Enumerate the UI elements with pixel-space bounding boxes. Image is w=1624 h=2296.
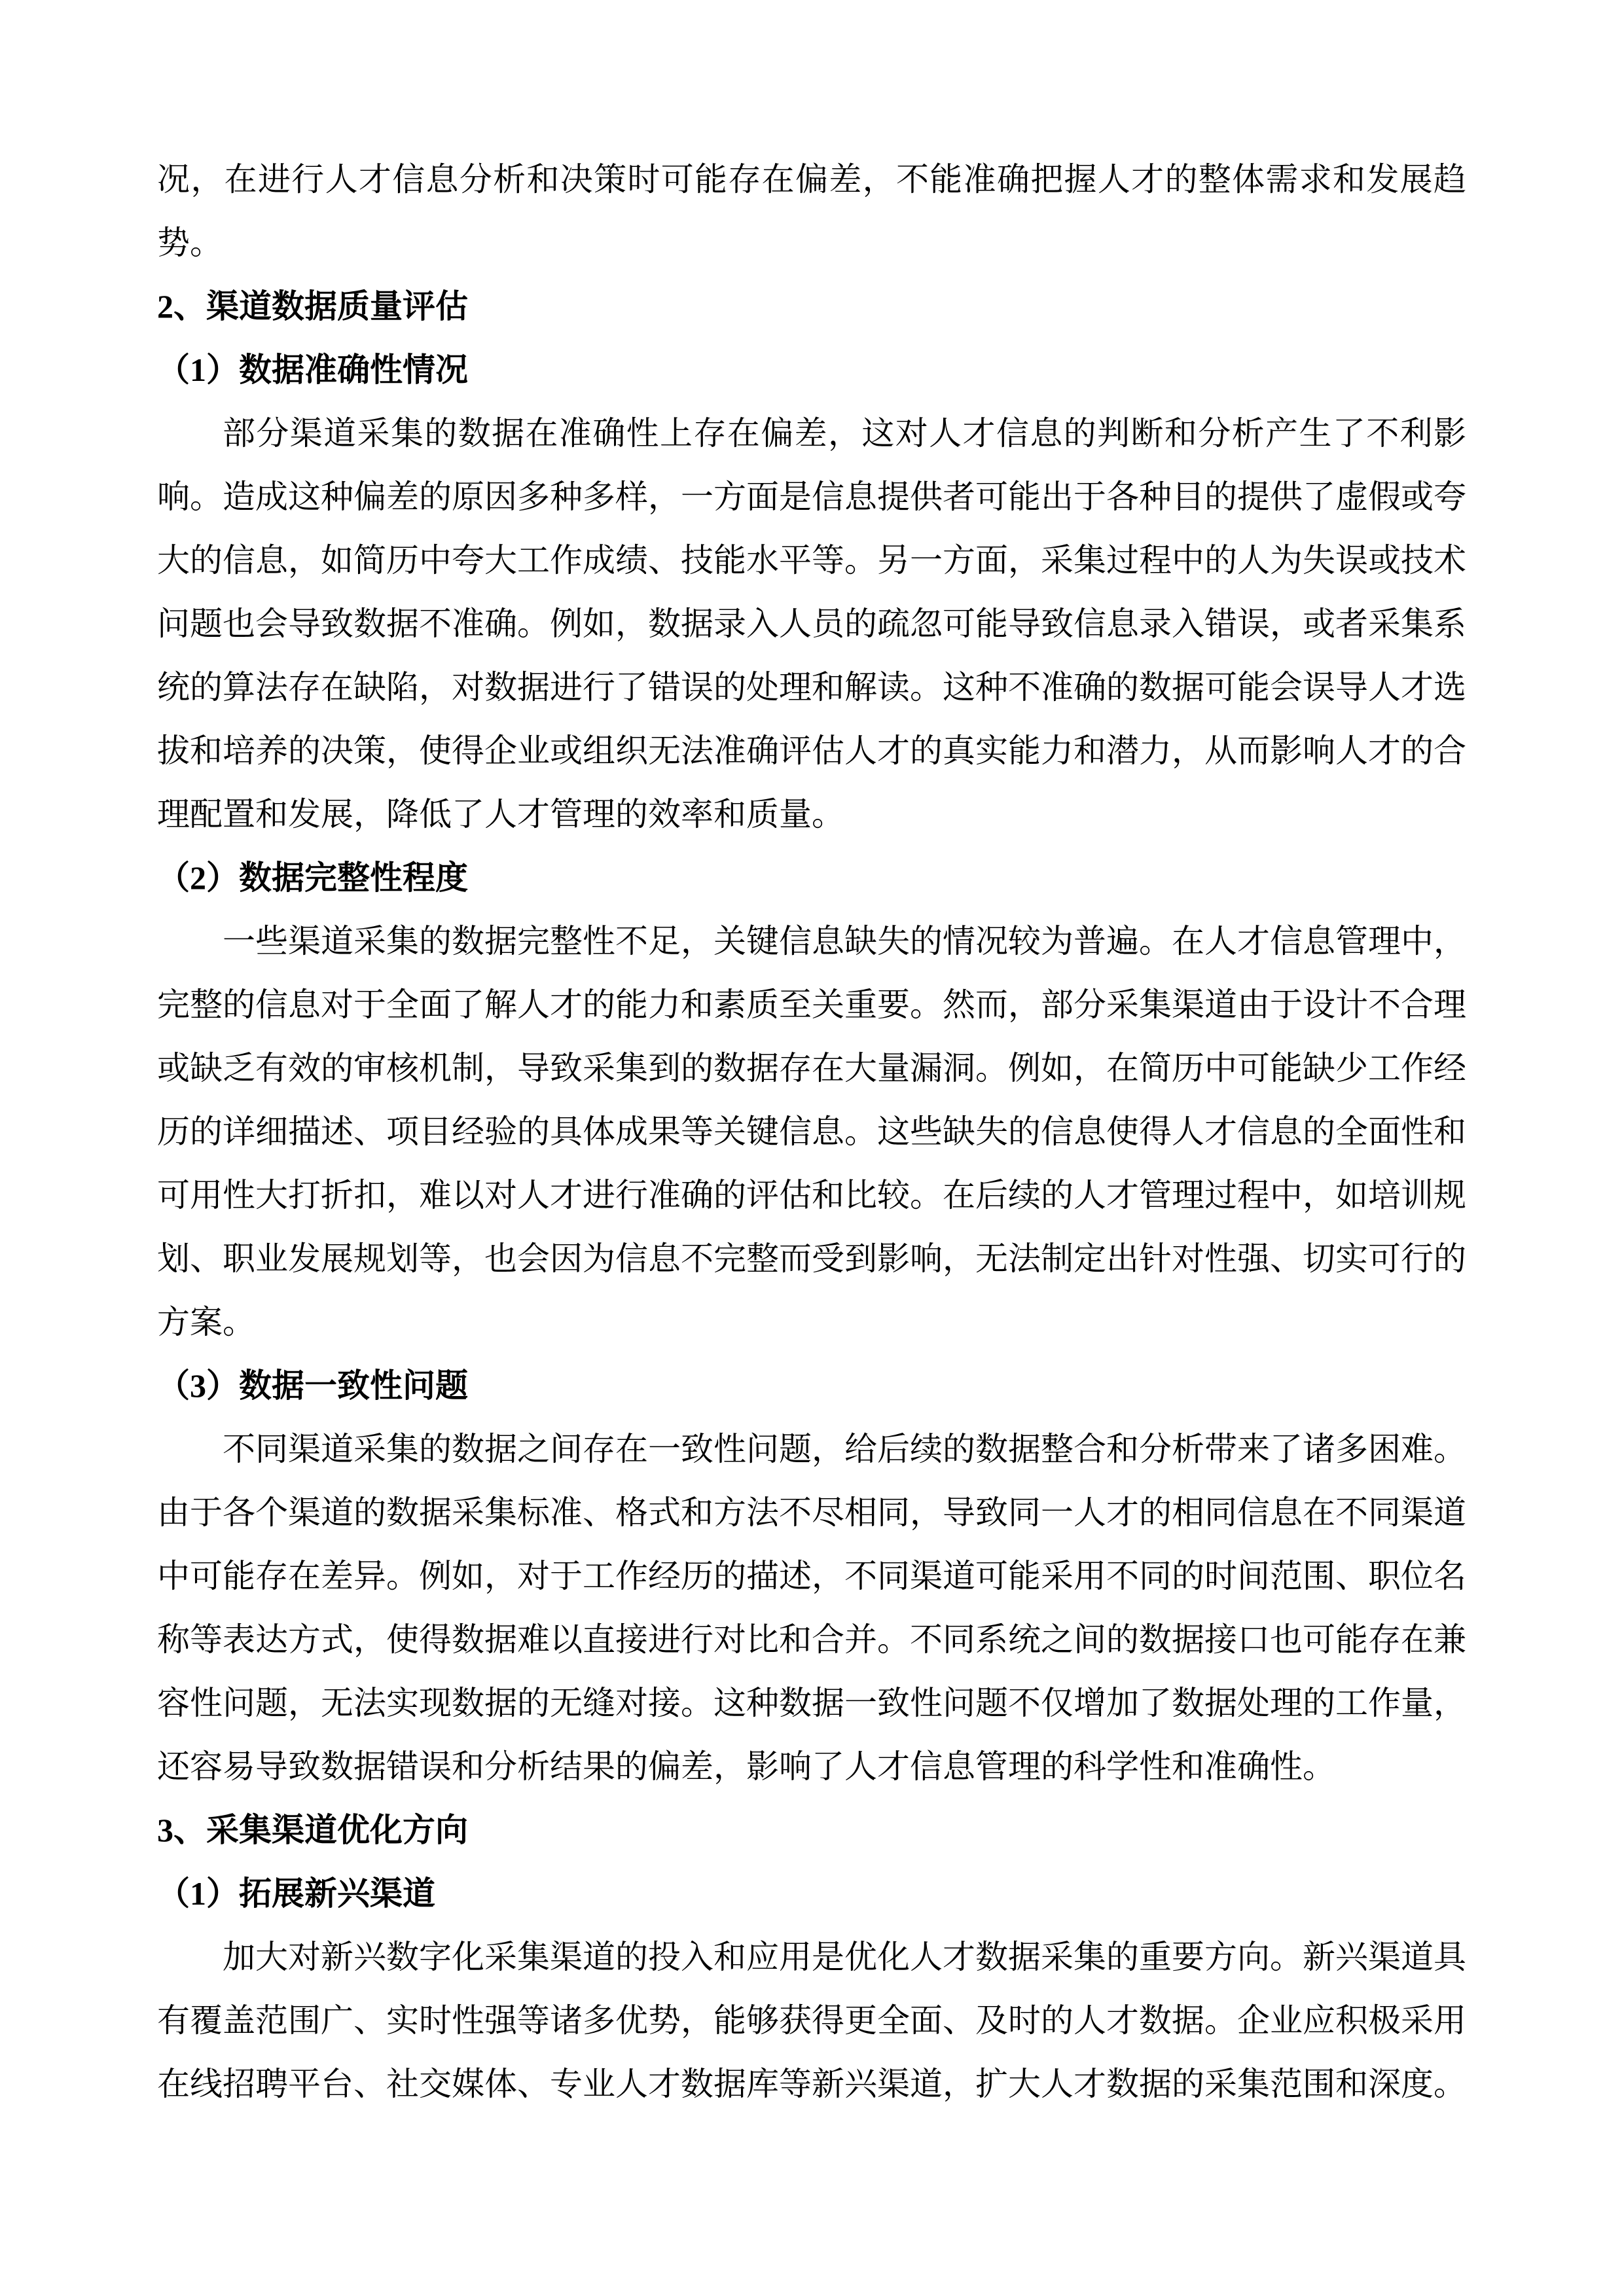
body-paragraph: 加大对新兴数字化采集渠道的投入和应用是优化人才数据采集的重要方向。新兴渠道具有覆… <box>157 1926 1466 2116</box>
body-paragraph: 不同渠道采集的数据之间存在一致性问题，给后续的数据整合和分析带来了诸多困难。由于… <box>157 1418 1466 1799</box>
section-heading: 2、渠道数据质量评估 <box>157 275 1466 338</box>
sub-section-heading: （3）数据一致性问题 <box>157 1354 1466 1418</box>
body-paragraph: 一些渠道采集的数据完整性不足，关键信息缺失的情况较为普遍。在人才信息管理中，完整… <box>157 910 1466 1354</box>
section-heading: 3、采集渠道优化方向 <box>157 1799 1466 1862</box>
document-content: 况，在进行人才信息分析和决策时可能存在偏差，不能准确把握人才的整体需求和发展趋势… <box>157 148 1466 2116</box>
sub-section-heading: （2）数据完整性程度 <box>157 846 1466 910</box>
body-paragraph: 况，在进行人才信息分析和决策时可能存在偏差，不能准确把握人才的整体需求和发展趋势… <box>157 148 1466 275</box>
sub-section-heading: （1）数据准确性情况 <box>157 338 1466 402</box>
document-page: 况，在进行人才信息分析和决策时可能存在偏差，不能准确把握人才的整体需求和发展趋势… <box>0 0 1624 2296</box>
body-paragraph: 部分渠道采集的数据在准确性上存在偏差，这对人才信息的判断和分析产生了不利影响。造… <box>157 402 1466 846</box>
sub-section-heading: （1）拓展新兴渠道 <box>157 1862 1466 1926</box>
